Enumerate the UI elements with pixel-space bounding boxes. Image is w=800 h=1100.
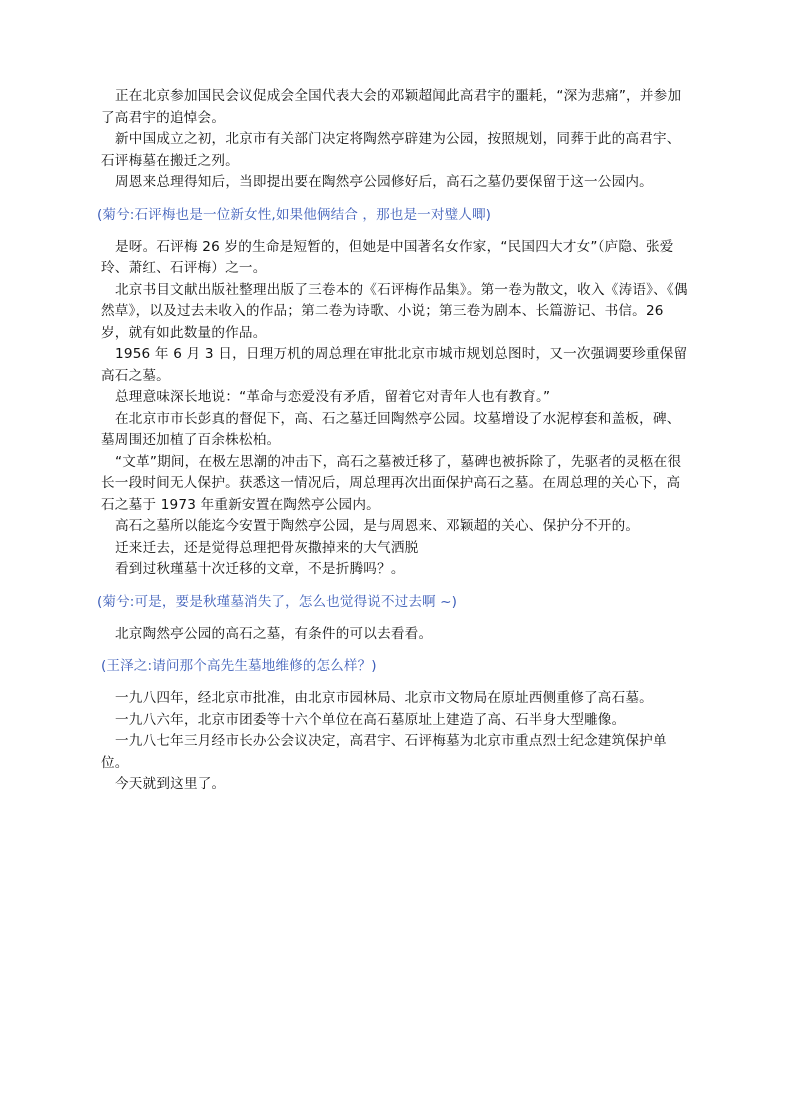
paragraph: 1956 年 6 月 3 日，日理万机的周总理在审批北京市城市规划总图时，又一次… [101, 344, 693, 387]
document-page: 正在北京参加国民会议促成会全国代表大会的邓颖超闻此高君宇的噩耗，“深为悲痛”，并… [101, 86, 693, 796]
paragraph: 迁来迁去，还是觉得总理把骨灰撒掉来的大气洒脱 [101, 538, 693, 560]
paragraph: 北京陶然亭公园的高石之墓，有条件的可以去看看。 [101, 624, 693, 646]
reader-comment: (菊兮:可是，要是秋瑾墓消失了，怎么也觉得说不过去啊 ~) [97, 592, 693, 613]
paragraph: 看到过秋瑾墓十次迁移的文章，不是折腾吗？。 [101, 559, 693, 581]
paragraph: 是呀。石评梅 26 岁的生命是短暂的，但她是中国著名女作家，“民国四大才女”（庐… [101, 237, 693, 280]
paragraph: 总理意味深长地说：“革命与恋爱没有矛盾，留着它对青年人也有教育。” [101, 387, 693, 409]
paragraph: 正在北京参加国民会议促成会全国代表大会的邓颖超闻此高君宇的噩耗，“深为悲痛”，并… [101, 86, 693, 129]
paragraph: 一九八六年，北京市团委等十六个单位在高石墓原址上建造了高、石半身大型雕像。 [101, 710, 693, 732]
paragraph: 新中国成立之初，北京市有关部门决定将陶然亭辟建为公园，按照规划，同葬于此的高君宇… [101, 129, 693, 172]
paragraph: 一九八七年三月经市长办公会议决定，高君宇、石评梅墓为北京市重点烈士纪念建筑保护单… [101, 731, 693, 774]
paragraph: 今天就到这里了。 [101, 774, 693, 796]
paragraph: 北京书目文献出版社整理出版了三卷本的《石评梅作品集》。第一卷为散文，收入《涛语》… [101, 280, 693, 345]
paragraph: 在北京市市长彭真的督促下，高、石之墓迁回陶然亭公园。坟墓增设了水泥椁套和盖板，碑… [101, 409, 693, 452]
paragraph: 周恩来总理得知后，当即提出要在陶然亭公园修好后，高石之墓仍要保留于这一公园内。 [101, 172, 693, 194]
paragraph: 一九八四年，经北京市批准，由北京市园林局、北京市文物局在原址西侧重修了高石墓。 [101, 688, 693, 710]
paragraph: “文革”期间，在极左思潮的冲击下，高石之墓被迁移了，墓碑也被拆除了，先驱者的灵柩… [101, 452, 693, 517]
reader-comment: (菊兮:石评梅也是一位新女性,如果他俩结合 ，那也是一对璧人唧) [97, 205, 693, 226]
reader-comment: (王泽之:请问那个高先生墓地维修的怎么样？) [101, 656, 693, 677]
paragraph: 高石之墓所以能迄今安置于陶然亭公园，是与周恩来、邓颖超的关心、保护分不开的。 [101, 516, 693, 538]
